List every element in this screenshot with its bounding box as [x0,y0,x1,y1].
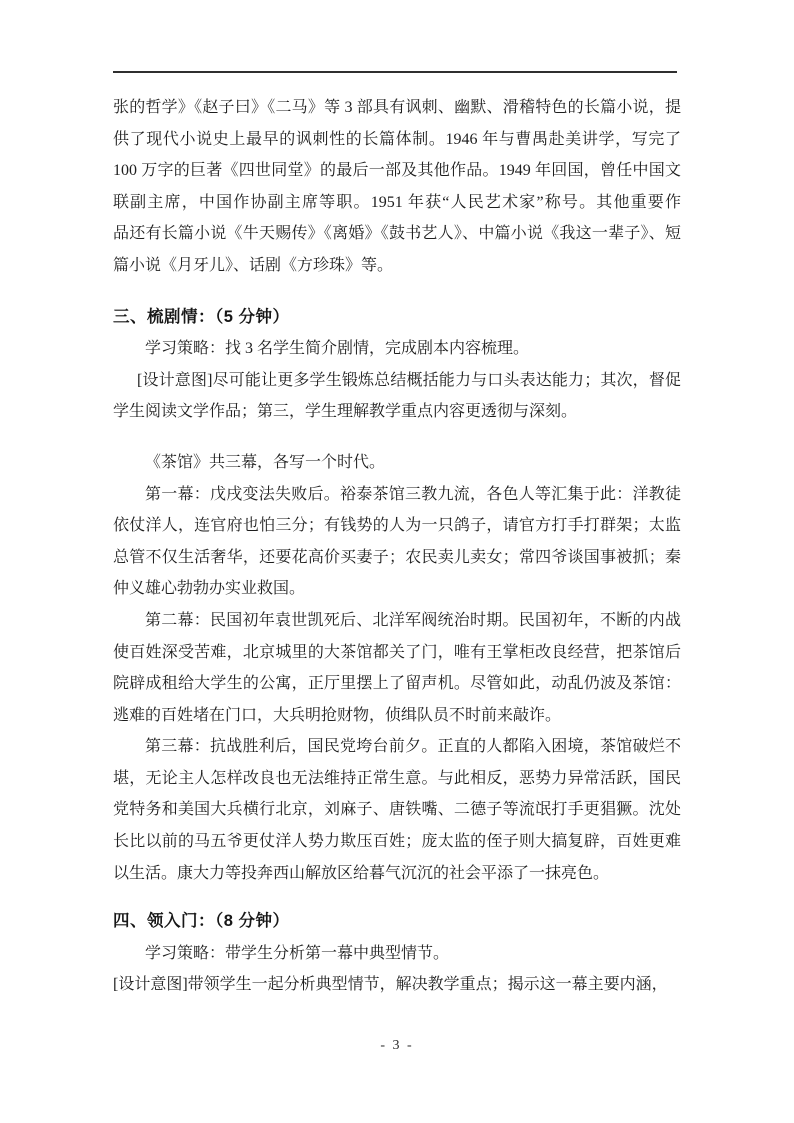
document-content: 张的哲学》《赵子曰》《二马》等 3 部具有讽刺、幽默、滑稽特色的长篇小说，提供了… [113,92,681,1001]
paragraph-line: 依仗洋人，连官府也怕三分；有钱势的人为一只鸽子，请官方打手打群架；太监 [113,510,681,542]
paragraph-line: 逃难的百姓堵在门口，大兵明抢财物，侦缉队员不时前来敲诈。 [113,700,681,732]
blank-line [113,428,681,447]
paragraph-line: 以生活。康大力等投奔西山解放区给暮气沉沉的社会平添了一抹亮色。 [113,858,681,890]
paragraph-line: 《茶馆》共三幕，各写一个时代。 [113,447,681,479]
paragraph-line: [设计意图]尽可能让更多学生锻炼总结概括能力与口头表达能力；其次，督促 [113,365,681,397]
paragraph-line: 仲义雄心勃勃办实业救国。 [113,573,681,605]
section-heading: 四、领入门：（8 分钟） [113,906,681,938]
paragraph-line: 张的哲学》《赵子曰》《二马》等 3 部具有讽刺、幽默、滑稽特色的长篇小说，提 [113,92,681,124]
paragraph-line: 第二幕：民国初年袁世凯死后、北洋军阀统治时期。民国初年，不断的内战 [113,605,681,637]
paragraph-line: 品还有长篇小说《牛天赐传》《离婚》《鼓书艺人》、中篇小说《我这一辈子》、短 [113,218,681,250]
paragraph-line: 学习策略：找 3 名学生简介剧情，完成剧本内容梳理。 [113,333,681,365]
paragraph-line: 党特务和美国大兵横行北京，刘麻子、唐铁嘴、二德子等流氓打手更猖獗。沈处 [113,794,681,826]
paragraph-line: 长比以前的马五爷更仗洋人势力欺压百姓；庞太监的侄子则大搞复辟，百姓更难 [113,826,681,858]
paragraph-line: 使百姓深受苦难，北京城里的大茶馆都关了门，唯有王掌柜改良经营，把茶馆后 [113,637,681,669]
header-rule [113,71,677,73]
document-page: 张的哲学》《赵子曰》《二马》等 3 部具有讽刺、幽默、滑稽特色的长篇小说，提供了… [0,0,794,1123]
paragraph-line: 学习策略：带学生分析第一幕中典型情节。 [113,938,681,970]
paragraph-line: 堪，无论主人怎样改良也无法维持正常生意。与此相反，恶势力异常活跃，国民 [113,763,681,795]
paragraph-line: 篇小说《月牙儿》、话剧《方珍珠》等。 [113,250,681,282]
blank-line [113,282,681,302]
paragraph-line: 院辟成租给大学生的公寓，正厅里摆上了留声机。尽管如此，动乱仍波及茶馆： [113,668,681,700]
page-number: - 3 - [0,1036,794,1056]
paragraph-line: 100 万字的巨著《四世同堂》的最后一部及其他作品。1949 年回国，曾任中国文 [113,155,681,187]
paragraph-line: 供了现代小说史上最早的讽刺性的长篇体制。1946 年与曹禺赴美讲学，写完了 [113,124,681,156]
paragraph-line: 总管不仅生活奢华，还要花高价买妻子；农民卖儿卖女；常四爷谈国事被抓；秦 [113,542,681,574]
section-heading: 三、梳剧情：（5 分钟） [113,302,681,334]
blank-line [113,889,681,906]
paragraph-line: 联副主席，中国作协副主席等职。1951 年获“人民艺术家”称号。其他重要作 [113,187,681,219]
paragraph-line: 第一幕：戊戌变法失败后。裕泰茶馆三教九流，各色人等汇集于此：洋教徒 [113,479,681,511]
paragraph-line: [设计意图]带领学生一起分析典型情节，解决教学重点；揭示这一幕主要内涵， [113,969,681,1001]
paragraph-line: 学生阅读文学作品；第三，学生理解教学重点内容更透彻与深刻。 [113,396,681,428]
paragraph-line: 第三幕：抗战胜利后，国民党垮台前夕。正直的人都陷入困境，茶馆破烂不 [113,731,681,763]
